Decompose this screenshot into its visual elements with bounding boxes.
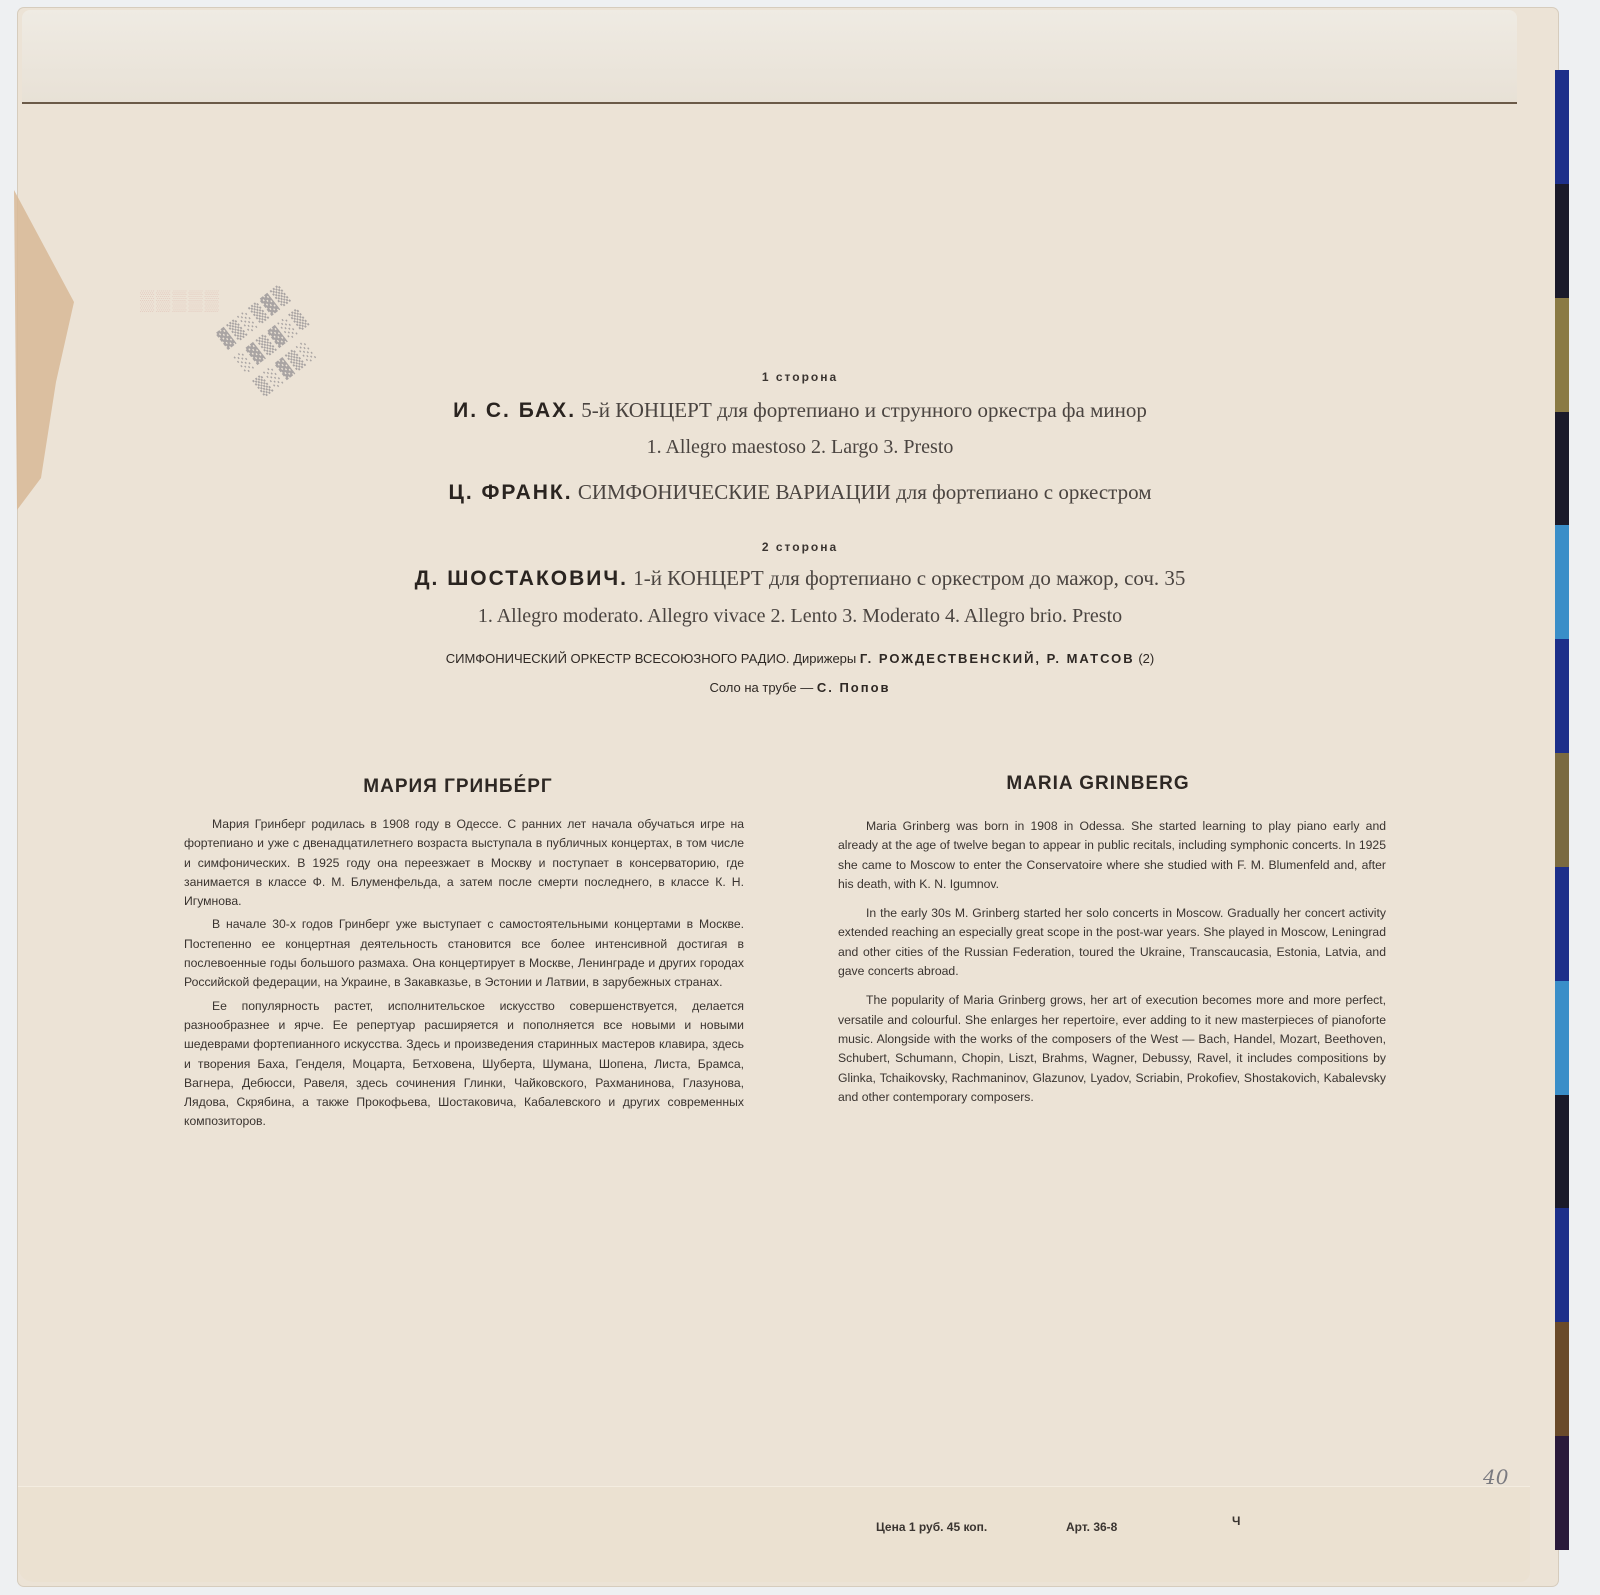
work-title: 5-й КОНЦЕРТ для фортепиано и струнного о… (581, 398, 1147, 422)
bio-text-ru: Мария Гринберг родилась в 1908 году в Од… (184, 815, 744, 1136)
side-2-label: 2 сторона (0, 540, 1600, 554)
conductors-names: Г. РОЖДЕСТВЕНСКИЙ, Р. МАТСОВ (860, 651, 1135, 666)
bio-title-en: MARIA GRINBERG (818, 773, 1378, 795)
bio-paragraph: In the early 30s M. Grinberg started her… (838, 904, 1386, 981)
orchestra-name: СИМФОНИЧЕСКИЙ ОРКЕСТР ВСЕСОЮЗНОГО РАДИО. (446, 651, 790, 666)
bio-paragraph: Мария Гринберг родилась в 1908 году в Од… (184, 815, 744, 911)
movements-bach: 1. Allegro maestoso 2. Largo 3. Presto (0, 436, 1600, 459)
track-bach: И. С. БАХ. 5-й КОНЦЕРТ для фортепиано и … (0, 398, 1600, 423)
composer-name: И. С. БАХ. (453, 399, 576, 422)
handwritten-pencil-note: 40 (1483, 1465, 1508, 1489)
bio-paragraph: Ее популярность растет, исполнительское … (184, 997, 744, 1132)
print-mark: Ч (1232, 1514, 1240, 1528)
track-shostakovich: Д. ШОСТАКОВИЧ. 1-й КОНЦЕРТ для фортепиан… (0, 566, 1600, 591)
side-1-label: 1 сторона (0, 370, 1600, 384)
price-label: Цена 1 руб. 45 коп. (876, 1520, 987, 1534)
work-title: СИМФОНИЧЕСКИЕ ВАРИАЦИИ для фортепиано с … (578, 480, 1152, 504)
article-number: Арт. 36-8 (1066, 1520, 1117, 1534)
bio-paragraph: В начале 30-х годов Гринберг уже выступа… (184, 915, 744, 992)
conductors-note: (2) (1138, 651, 1154, 666)
solo-name: С. Попов (817, 680, 891, 695)
bio-title-ru: МАРИЯ ГРИНБЕ́РГ (182, 776, 734, 798)
sleeve-text: 1 сторона И. С. БАХ. 5-й КОНЦЕРТ для фор… (0, 0, 1600, 1595)
track-franck: Ц. ФРАНК. СИМФОНИЧЕСКИЕ ВАРИАЦИИ для фор… (0, 480, 1600, 505)
composer-name: Ц. ФРАНК. (448, 481, 572, 504)
conductors-label: Дирижеры (793, 651, 856, 666)
orchestra-credits: СИМФОНИЧЕСКИЙ ОРКЕСТР ВСЕСОЮЗНОГО РАДИО.… (0, 651, 1600, 666)
movements-shostakovich: 1. Allegro moderato. Allegro vivace 2. L… (0, 605, 1600, 628)
composer-name: Д. ШОСТАКОВИЧ. (415, 567, 628, 590)
soloist-credits: Соло на трубе — С. Попов (0, 680, 1600, 695)
solo-label: Соло на трубе — (709, 680, 813, 695)
bio-paragraph: The popularity of Maria Grinberg grows, … (838, 991, 1386, 1107)
work-title: 1-й КОНЦЕРТ для фортепиано с оркестром д… (633, 566, 1185, 590)
bio-text-en: Maria Grinberg was born in 1908 in Odess… (838, 817, 1386, 1117)
bio-paragraph: Maria Grinberg was born in 1908 in Odess… (838, 817, 1386, 894)
